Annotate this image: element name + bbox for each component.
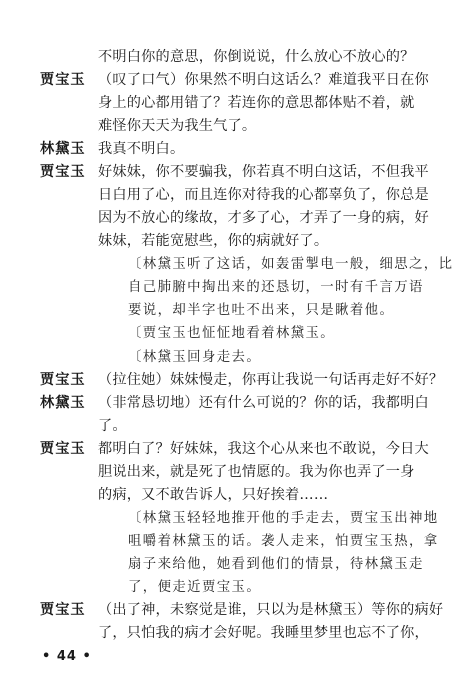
stage-direction-line: 〔林黛玉回身走去。	[128, 346, 410, 369]
speaker-label: 贾宝玉	[40, 369, 86, 392]
stage-direction-line: 自己肺腑中掏出来的还恳切，一时有千言万语	[128, 276, 410, 299]
dialogue-line: （拉住她）妹妹慢走，你再让我说一句话再走好不好？	[98, 369, 410, 392]
stage-direction-line: 〔林黛玉轻轻地推开他的手走去，贾宝玉出神地	[128, 507, 410, 530]
stage-direction-line: 〔林黛玉听了这话，如轰雷掣电一般，细思之，比	[128, 253, 410, 276]
dialogue-line: 妹妹，若能宽慰些，你的病就好了。	[98, 230, 410, 253]
speaker-label: 林黛玉	[40, 392, 86, 415]
speaker-label: 贾宝玉	[40, 599, 86, 622]
stage-direction-line: 咀嚼着林黛玉的话。袭人走来，怕贾宝玉热，拿	[128, 530, 410, 553]
dialogue-line: 好妹妹，你不要骗我，你若真不明白这话，不但我平	[98, 161, 410, 184]
dialogue-line: （非常恳切地）还有什么可说的？你的话，我都明白	[98, 392, 410, 415]
dialogue-line: 身上的心都用错了？若连你的意思都体贴不着，就	[98, 92, 410, 115]
speaker-label: 林黛玉	[40, 138, 86, 161]
speaker-label: 贾宝玉	[40, 69, 86, 92]
dialogue-line: 日白用了心，而且连你对待我的心都辜负了，你总是	[98, 184, 410, 207]
dialogue-line: 我真不明白。	[98, 138, 410, 161]
dialogue-line: 的病，又不敢告诉人，只好挨着……	[98, 484, 410, 507]
dialogue-line: 都明白了？好妹妹，我这个心从来也不敢说，今日大	[98, 438, 410, 461]
dialogue-line: 难怪你天天为我生气了。	[98, 115, 410, 138]
dialogue-line: （叹了口气）你果然不明白这话么？难道我平日在你	[98, 69, 410, 92]
dialogue-line: 不明白你的意思，你倒说说，什么放心不放心的？	[98, 46, 410, 69]
stage-direction-line: 了，便走近贾宝玉。	[128, 576, 410, 599]
dialogue-line: 胆说出来，就是死了也情愿的。我为你也弄了一身	[98, 461, 410, 484]
speaker-label: 贾宝玉	[40, 161, 86, 184]
dialogue-line: 了。	[98, 415, 410, 438]
stage-direction-line: 要说，却半字也吐不出来，只是瞅着他。	[128, 299, 410, 322]
dialogue-line: 因为不放心的缘故，才多了心，才弄了一身的病，好	[98, 207, 410, 230]
speaker-label: 贾宝玉	[40, 438, 86, 461]
dialogue-line: （出了神，未察觉是谁，只以为是林黛玉）等你的病好	[98, 599, 410, 622]
book-page: 不明白你的意思，你倒说说，什么放心不放心的？贾宝玉（叹了口气）你果然不明白这话么…	[0, 0, 454, 690]
dialogue-line: 了，只怕我的病才会好呢。我睡里梦里也忘不了你，	[98, 622, 410, 645]
stage-direction-line: 扇子来给他，她看到他们的情景，待林黛玉走	[128, 553, 410, 576]
page-number: • 44 •	[42, 649, 92, 664]
stage-direction-line: 〔贾宝玉也怔怔地看着林黛玉。	[128, 322, 410, 345]
